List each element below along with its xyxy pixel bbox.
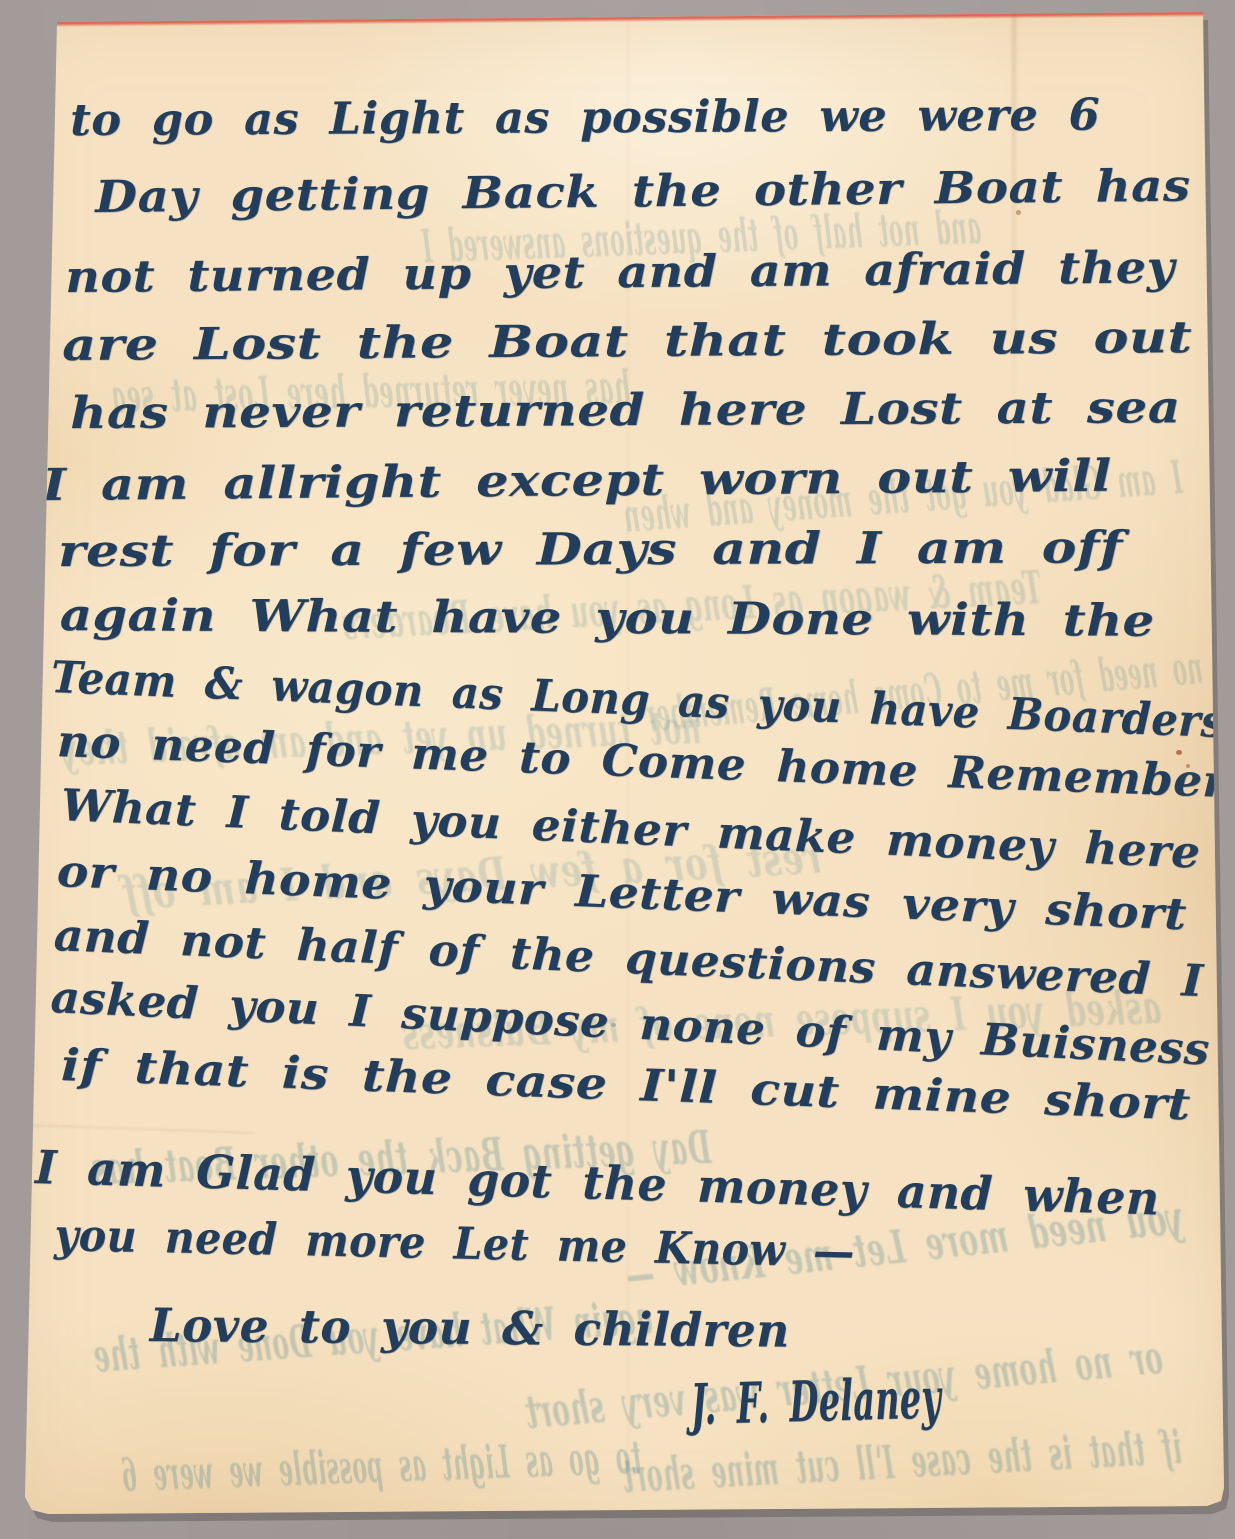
letter-line: are Lost the Boat that took us out (62, 312, 1192, 371)
letter-page: and not half of the questions answered I… (0, 0, 1235, 1539)
letter-line: again What have you Done with the (60, 590, 1155, 647)
letter-line: has never returned here Lost at sea (70, 382, 1181, 439)
letter-line: to go as Light as possible we were 6 (70, 90, 1100, 146)
bleedthrough-text: to go as Light as possible we were 6 (120, 1430, 642, 1502)
letter-line: Day getting Back the other Boat has (95, 161, 1191, 223)
letter-line: I am allright except worn out will (42, 451, 1112, 511)
fold-crease (25, 1124, 255, 1134)
closing-line: Love to you & children (150, 1298, 790, 1358)
letter-line: not turned up yet and am afraid they (65, 242, 1175, 303)
letter-line: you need more Let me Know — (54, 1210, 855, 1278)
signature: J. F. Delaney (690, 1365, 942, 1438)
letter-line: rest for a few Days and I am off (58, 522, 1123, 577)
